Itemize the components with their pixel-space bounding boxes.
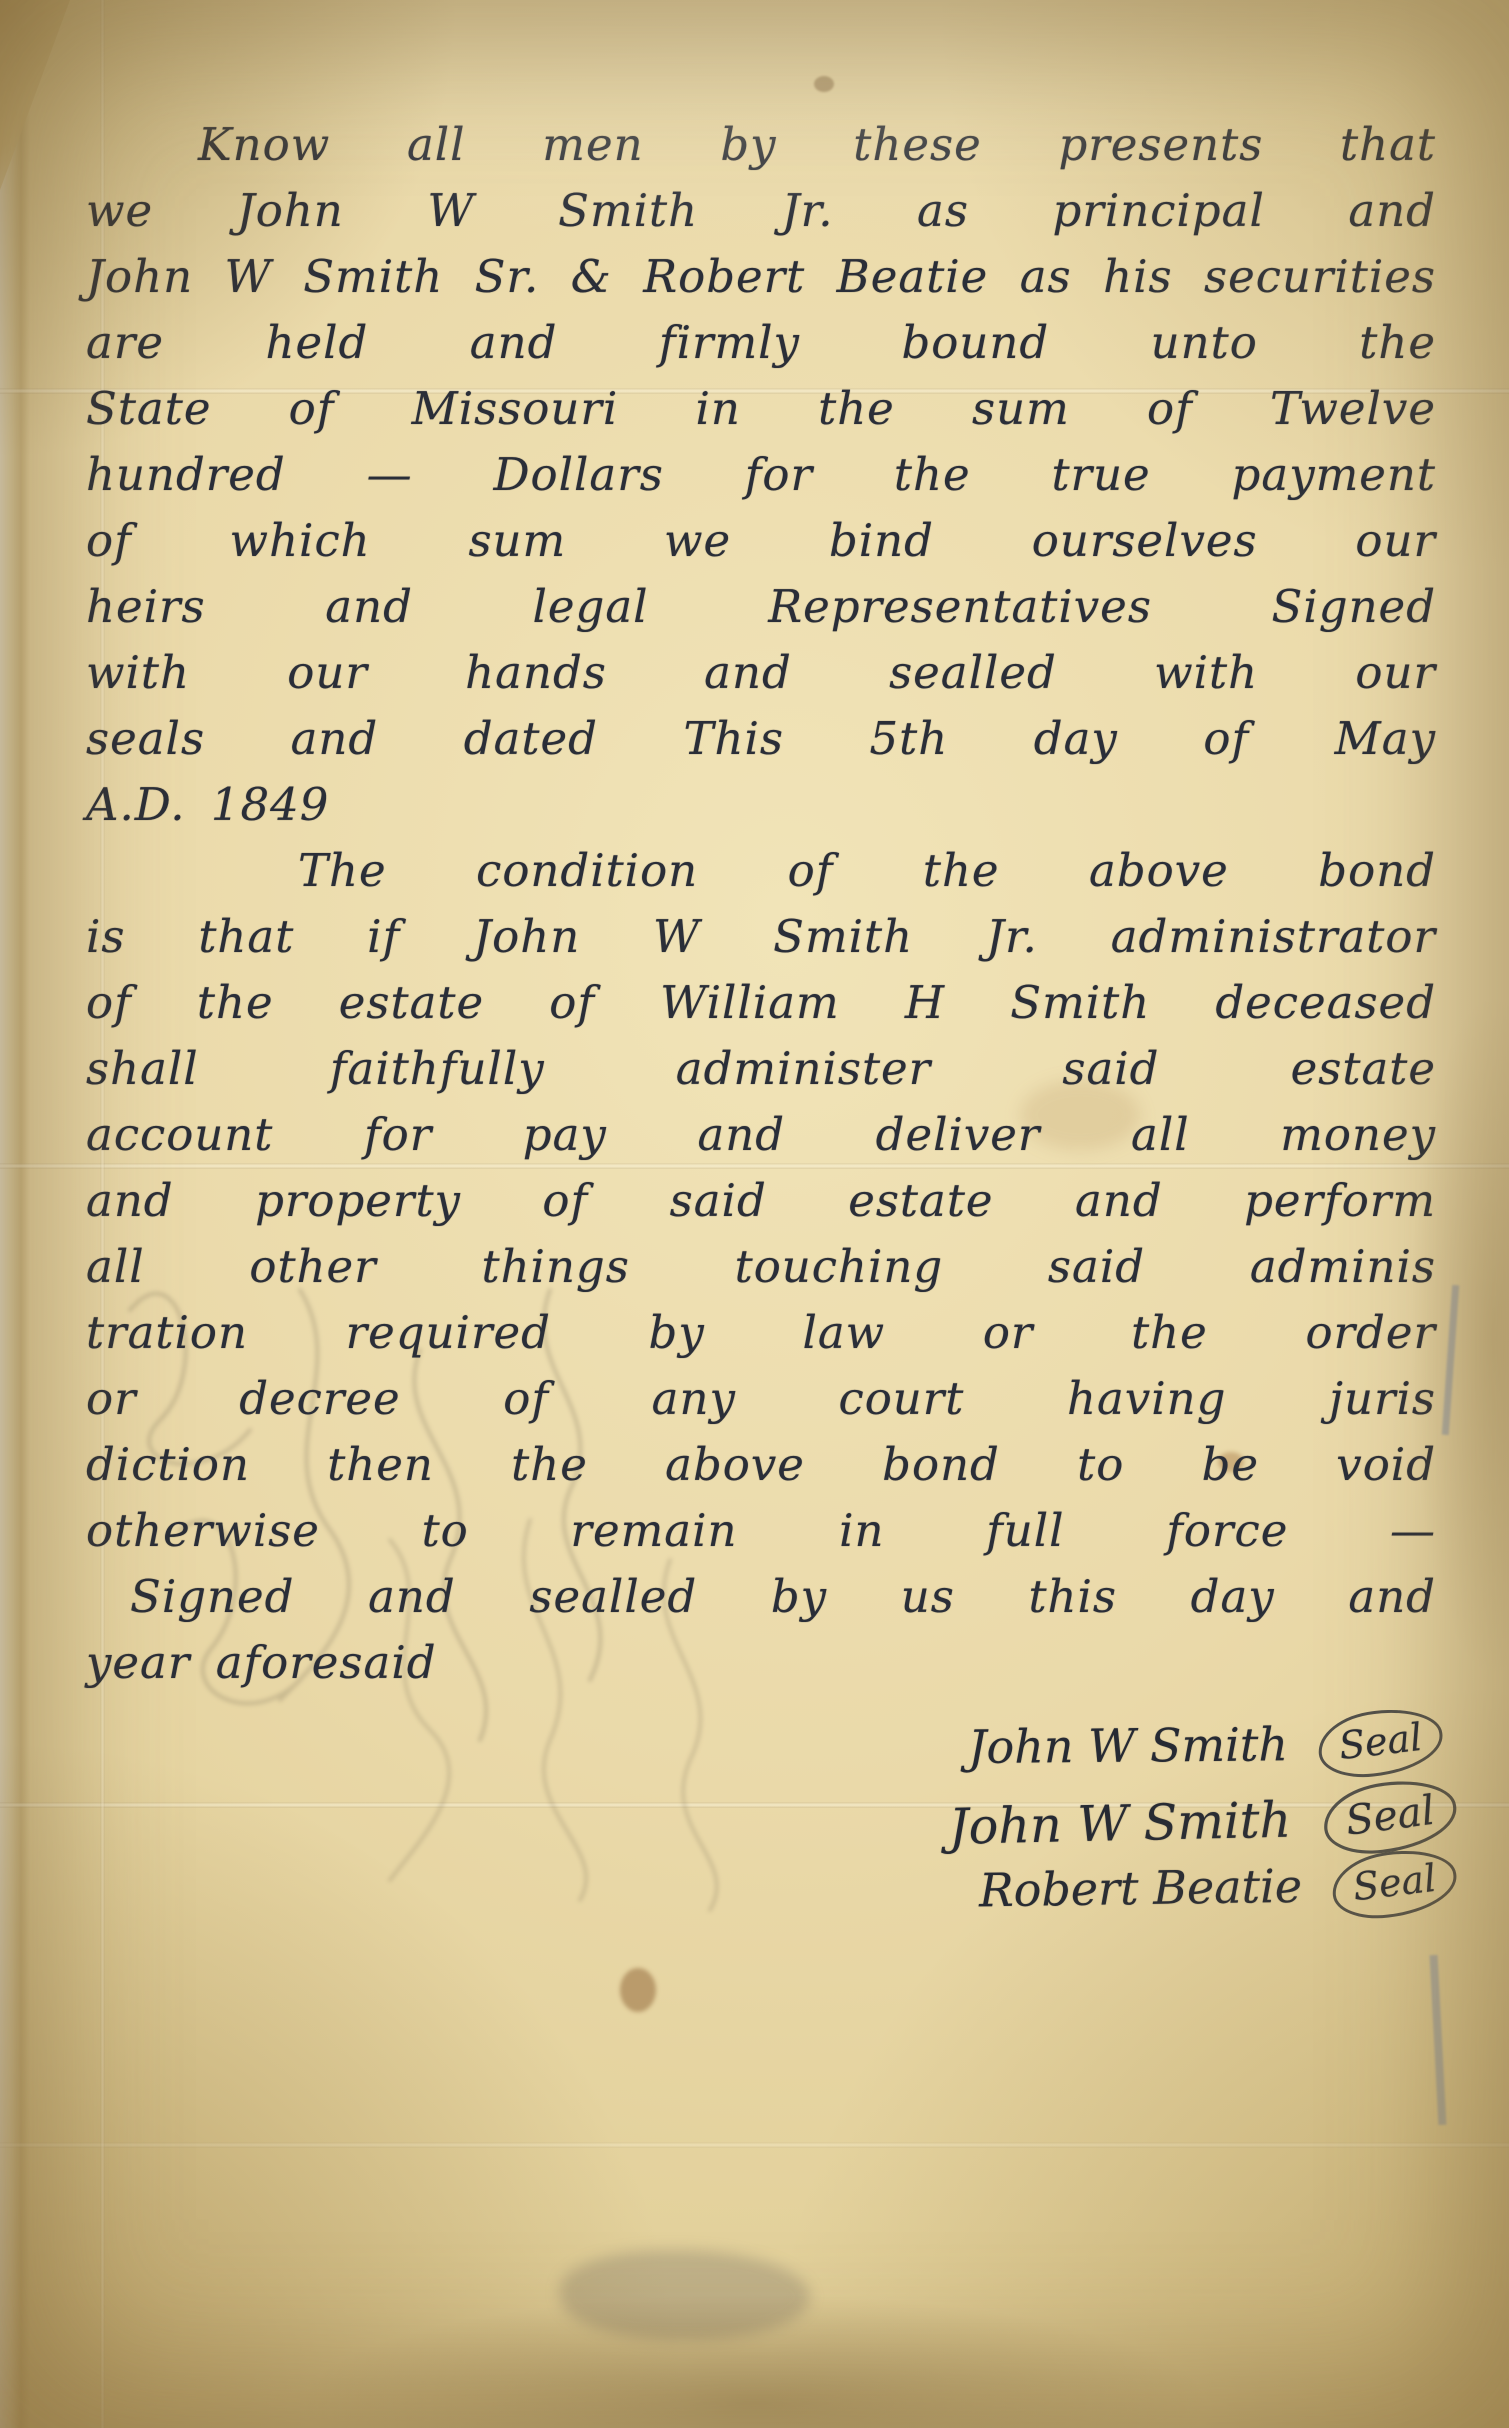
- manuscript-line: is that if John W Smith Jr. administrato…: [86, 904, 1436, 970]
- manuscript-line: hundred — Dollars for the true payment: [86, 442, 1436, 508]
- manuscript-line: Signed and sealled by us this day and: [86, 1564, 1436, 1630]
- manuscript-line: are held and firmly bound unto the: [86, 310, 1436, 376]
- manuscript-line: or decree of any court having juris: [86, 1366, 1436, 1432]
- handwritten-text-block: Know all men by these presents that we J…: [86, 112, 1436, 1696]
- signature-name: Robert Beatie: [978, 1854, 1302, 1921]
- manuscript-line: otherwise to remain in full force —: [86, 1498, 1436, 1564]
- manuscript-line: all other things touching said adminis: [86, 1234, 1436, 1300]
- manuscript-line: and property of said estate and perform: [86, 1168, 1436, 1234]
- manuscript-line: of the estate of William H Smith decease…: [86, 970, 1436, 1036]
- manuscript-line: The condition of the above bond: [86, 838, 1436, 904]
- signature-name: John W Smith: [948, 1786, 1292, 1859]
- signature-row: John W Smith Seal: [945, 1781, 1458, 1861]
- seal-badge: Seal: [1314, 1704, 1446, 1783]
- manuscript-line: Know all men by these presents that: [86, 112, 1436, 178]
- manuscript-line: we John W Smith Jr. as principal and: [86, 178, 1436, 244]
- manuscript-line-date: A.D. 1849: [86, 772, 1436, 838]
- manuscript-line: tration required by law or the order: [86, 1300, 1436, 1366]
- scanned-document-page: { "doc": { "paper_color": "#e9d9a8", "in…: [0, 0, 1509, 2428]
- signature-name: John W Smith: [968, 1713, 1288, 1778]
- signature-row: Robert Beatie Seal: [978, 1851, 1457, 1923]
- manuscript-line: seals and dated This 5th day of May: [86, 706, 1436, 772]
- seal-badge: Seal: [1319, 1774, 1461, 1860]
- signature-block: John W Smith Seal John W Smith Seal Robe…: [979, 1712, 1457, 1925]
- manuscript-line: John W Smith Sr. & Robert Beatie as his …: [86, 244, 1436, 310]
- manuscript-line: year aforesaid: [86, 1630, 1436, 1696]
- manuscript-line: of which sum we bind ourselves our: [86, 508, 1436, 574]
- manuscript-line: account for pay and deliver all money: [86, 1102, 1436, 1168]
- signature-row: John W Smith Seal: [964, 1710, 1443, 1779]
- manuscript-line: heirs and legal Representatives Signed: [86, 574, 1436, 640]
- manuscript-line: State of Missouri in the sum of Twelve: [86, 376, 1436, 442]
- manuscript-line: diction then the above bond to be void: [86, 1432, 1436, 1498]
- manuscript-line: shall faithfully administer said estate: [86, 1036, 1436, 1102]
- seal-badge: Seal: [1328, 1844, 1460, 1923]
- manuscript-line: with our hands and sealled with our: [86, 640, 1436, 706]
